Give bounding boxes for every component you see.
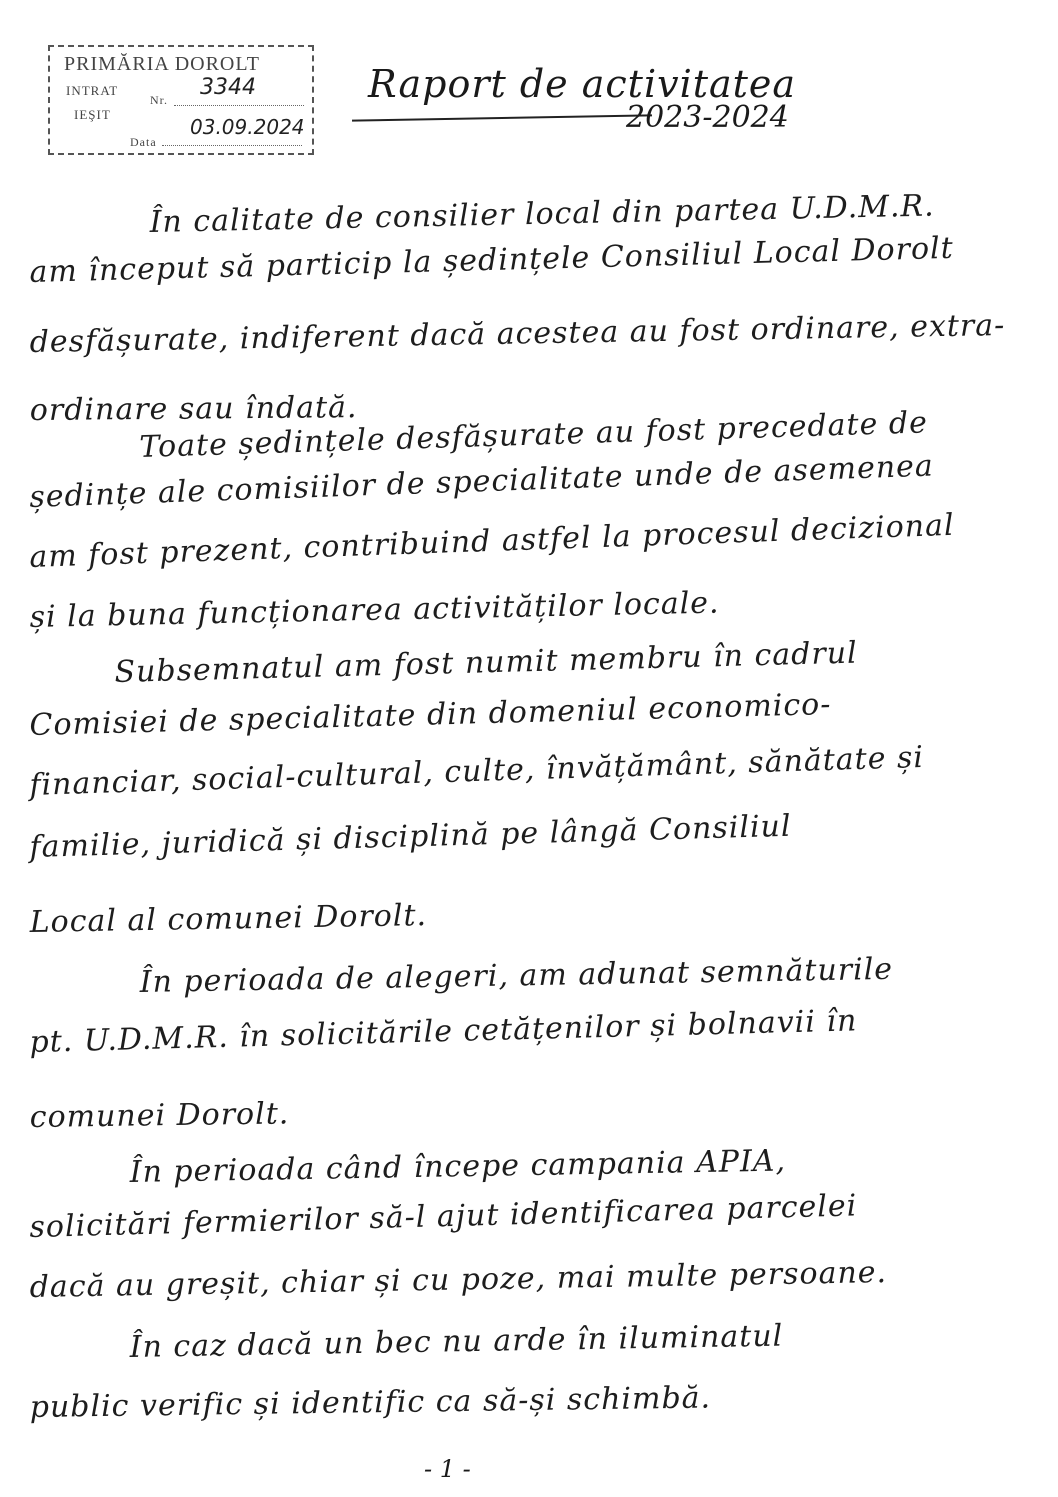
handwritten-line: Subsemnatul am fost numit membru în cadr… [114, 636, 858, 690]
handwritten-line: Comisiei de specialitate din domeniul ec… [29, 687, 832, 743]
handwritten-body: În calitate de consilier local din parte… [0, 0, 1058, 1497]
handwritten-line: comunei Dorolt. [30, 1096, 290, 1135]
handwritten-line: solicitări fermierilor să-l ajut identif… [29, 1188, 858, 1245]
handwritten-line: pt. U.D.M.R. în solicitările cetățenilor… [29, 1003, 858, 1060]
handwritten-line: dacă au greșit, chiar și cu poze, mai mu… [29, 1255, 887, 1305]
handwritten-line: În perioada de alegeri, am adunat semnăt… [139, 952, 893, 1000]
handwritten-line: În perioada când începe campania APIA, [129, 1144, 786, 1190]
handwritten-line: desfășurate, indiferent dacă acestea au … [29, 308, 1005, 360]
handwritten-line: În caz dacă un bec nu arde în iluminatul [129, 1319, 783, 1365]
handwritten-line: financiar, social-cultural, culte, învăț… [29, 740, 925, 803]
handwritten-line: public verific și identific ca să-și sch… [30, 1380, 712, 1425]
handwritten-line: Local al comunei Dorolt. [29, 898, 427, 940]
handwritten-line: am început să particip la ședințele Cons… [29, 231, 954, 290]
page-number: - 1 - [424, 1455, 471, 1483]
handwritten-line: familie, juridică și disciplină pe lângă… [29, 809, 792, 865]
handwritten-line: În calitate de consilier local din parte… [149, 189, 935, 240]
handwritten-line: și la buna funcționarea activităților lo… [29, 586, 720, 635]
handwritten-line: am fost prezent, contribuind astfel la p… [29, 508, 955, 575]
handwritten-line: ordinare sau îndată. [30, 390, 358, 428]
